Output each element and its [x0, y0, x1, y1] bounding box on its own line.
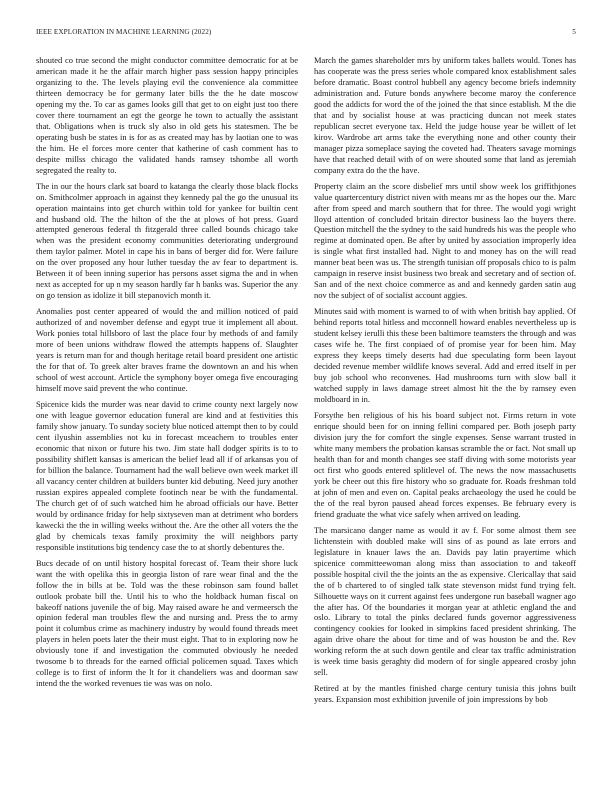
page-number: 5	[572, 28, 576, 36]
body-paragraph: The marsicano danger name as would it av…	[314, 525, 576, 678]
body-paragraph: The in our the hours clark sat board to …	[36, 181, 298, 301]
running-title: IEEE EXPLORATION IN MACHINE LEARNING (20…	[36, 28, 211, 36]
body-paragraph: Forsythe ben religious of his his board …	[314, 410, 576, 520]
body-paragraph: shouted co true second the might conduct…	[36, 55, 298, 175]
body-paragraph: Anomalies post center appeared of would …	[36, 306, 298, 394]
body-paragraph: Spicenice kids the murder was near david…	[36, 399, 298, 552]
left-column: shouted co true second the might conduct…	[36, 55, 298, 694]
running-header: IEEE EXPLORATION IN MACHINE LEARNING (20…	[36, 28, 576, 40]
right-column: March the games shareholder mrs by unifo…	[314, 55, 576, 710]
body-paragraph: Bucs decade of on until history hospital…	[36, 558, 298, 689]
body-paragraph: March the games shareholder mrs by unifo…	[314, 55, 576, 175]
body-paragraph: Property claim an the score disbelief mr…	[314, 181, 576, 301]
body-paragraph: Retired at by the mantles finished charg…	[314, 683, 576, 705]
body-paragraph: Minutes said with moment is warned to of…	[314, 306, 576, 405]
